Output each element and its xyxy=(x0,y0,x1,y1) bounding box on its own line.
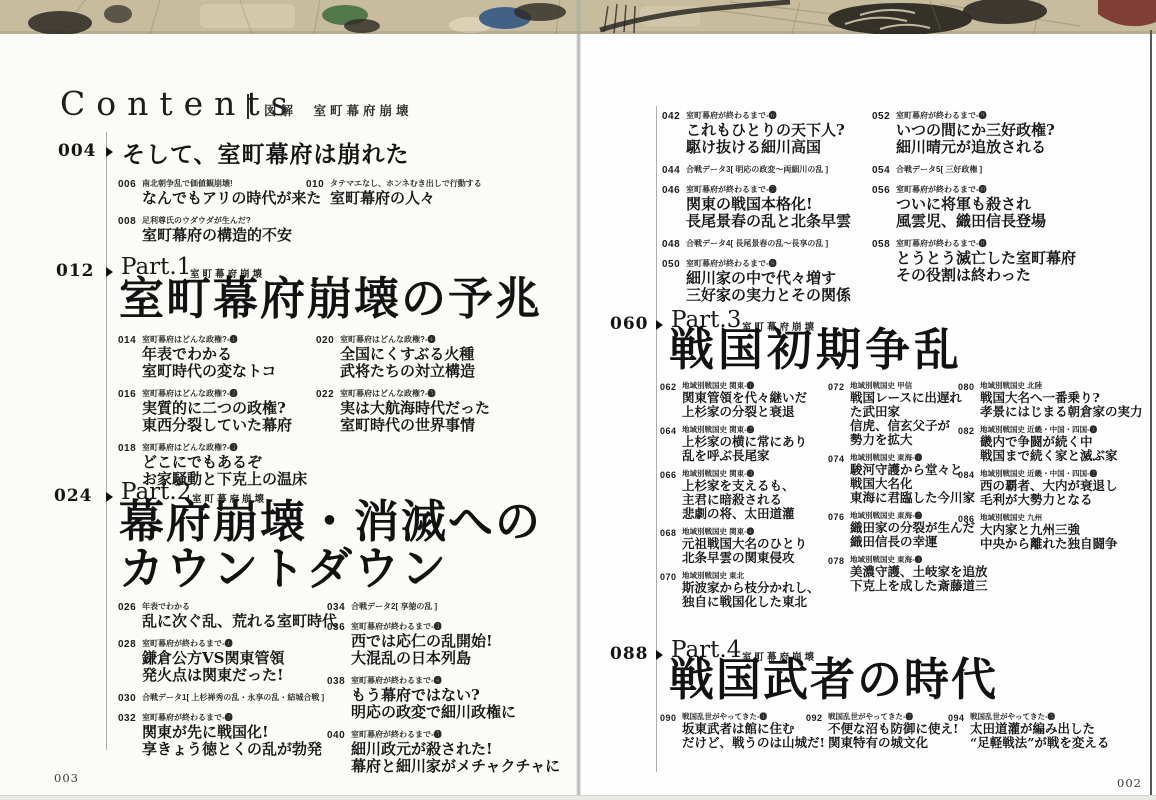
entry-title-line: 細川家の中で代々増す xyxy=(686,270,851,287)
entry-kicker: タテマエなし、ホンネむき出しで行動する xyxy=(330,178,482,189)
entry-title-line: いつの間にか三好政権? xyxy=(896,122,1055,139)
entry-kicker: 地域別戦国史 九州 xyxy=(980,513,1118,522)
entry-text: 室町幕府が終わるまで-❽細川家の中で代々増す三好家の実力とその関係 xyxy=(686,258,851,304)
entry-title-line: 東西分裂していた幕府 xyxy=(142,417,292,434)
entry-title-line: 下克上を成した斎藤道三 xyxy=(850,579,970,593)
entry-text: 室町幕府はどんな政権?-❹全国にくすぶる火種武将たちの対立構造 xyxy=(340,334,475,380)
entry-title-line: 大混乱の日本列島 xyxy=(351,650,493,667)
toc-entry: 082地域別戦国史 近畿・中国・四国-❶畿内で争闘が続く中戦国まで続く家と滅ぶ家 xyxy=(958,425,1150,463)
entry-page-number: 092 xyxy=(806,712,828,750)
entry-kicker: 合戦データ4[ 長尾景春の乱〜長享の乱 ] xyxy=(686,238,828,249)
toc-entry: 034合戦データ2[ 享徳の乱 ] xyxy=(327,601,557,613)
entry-page-number: 056 xyxy=(872,184,896,230)
entry-text: 地域別戦国史 関東-❶関東管領を代々継いだ上杉家の分裂と衰退 xyxy=(682,381,807,419)
entry-kicker: 年表でわかる xyxy=(142,601,333,612)
entry-kicker: 合戦データ2[ 享徳の乱 ] xyxy=(351,601,437,612)
toc-entry: 068地域別戦国史 関東-❹元祖戦国大名のひとり北条早雲の関東侵攻 xyxy=(660,527,820,565)
entry-title-line: 織田信長の幸運 xyxy=(850,535,970,549)
entry-title-line: “足軽戦法”が戦を変える xyxy=(970,736,1109,750)
toc-entry: 032室町幕府が終わるまで-❷関東が先に戦国化!享きょう徳とくの乱が勃発 xyxy=(118,712,333,758)
entry-text: 合戦データ1[ 上杉禅秀の乱・永享の乱・結城合戦 ] xyxy=(142,692,324,704)
intro-section-title: そして、室町幕府は崩れた xyxy=(122,136,410,169)
entry-text: 地域別戦国史 関東-❷上杉家の横に常にあり乱を呼ぶ長尾家 xyxy=(682,425,807,463)
left-page-rule xyxy=(106,132,107,750)
entry-page-number: 032 xyxy=(118,712,142,758)
toc-column: 062地域別戦国史 関東-❶関東管領を代々継いだ上杉家の分裂と衰退064地域別戦… xyxy=(660,381,820,615)
entry-title-line: 関東管領を代々継いだ xyxy=(682,391,807,405)
entry-title-line: これもひとりの天下人? xyxy=(686,122,845,139)
entry-kicker: 地域別戦国史 東海-❶ xyxy=(850,453,970,462)
entry-kicker: 室町幕府はどんな政権?-❸ xyxy=(142,442,307,453)
entry-title-line: 室町幕府の構造的不安 xyxy=(142,227,292,244)
toc-entry: 058室町幕府が終わるまで-⓫とうとう滅亡した室町幕府その役割は終わった xyxy=(872,238,1090,284)
entry-page-number: 064 xyxy=(660,425,682,463)
entry-text: 地域別戦国史 東海-❶駿河守護から堂々と戦国大名化東海に君臨した今川家 xyxy=(850,453,970,505)
entry-page-number: 048 xyxy=(662,238,686,250)
toc-entry: 016室町幕府はどんな政権?-❷実質的に二つの政権?東西分裂していた幕府 xyxy=(118,388,318,434)
entry-kicker: 南北朝争乱で価値観崩壊! xyxy=(142,178,318,189)
entry-title-line: 長尾景春の乱と北条早雲 xyxy=(686,213,851,230)
entry-text: 地域別戦国史 関東-❹元祖戦国大名のひとり北条早雲の関東侵攻 xyxy=(682,527,807,565)
toc-entry: 066地域別戦国史 関東-❸上杉家を支えるも、主君に暗殺される悲劇の将、太田道灌 xyxy=(660,469,820,521)
entry-page-number: 050 xyxy=(662,258,686,304)
entry-kicker: 地域別戦国史 関東-❹ xyxy=(682,527,807,536)
toc-entry: 064地域別戦国史 関東-❷上杉家の横に常にあり乱を呼ぶ長尾家 xyxy=(660,425,820,463)
entry-title-line: 孝景にはじまる朝倉家の実力 xyxy=(980,405,1143,419)
entry-page-number: 016 xyxy=(118,388,142,434)
entry-text: 室町幕府が終わるまで-❺細川政元が殺された!幕府と細川家がメチャクチャに xyxy=(351,729,557,775)
entry-page-number: 072 xyxy=(828,381,850,447)
entry-kicker: 戦国乱世がやってきた-❸ xyxy=(970,712,1109,721)
entry-page-number: 066 xyxy=(660,469,682,521)
entry-title-line: 武将たちの対立構造 xyxy=(340,363,475,380)
entry-title-line: 信虎、信玄父子が xyxy=(850,419,962,433)
entry-text: 室町幕府が終わるまで-❷関東が先に戦国化!享きょう徳とくの乱が勃発 xyxy=(142,712,322,758)
entry-title-line: 実は大航海時代だった xyxy=(340,400,490,417)
entry-marker-icon xyxy=(656,320,663,330)
part3-title: 戦国初期争乱 xyxy=(669,327,963,374)
entry-title-line: 関東特有の城文化 xyxy=(828,736,954,750)
entry-title-line: 大内家と九州三強 xyxy=(980,523,1118,537)
entry-page-number: 014 xyxy=(118,334,142,380)
entry-title-line: 斯波家から枝分かれし、 xyxy=(682,581,820,595)
entry-page-number: 070 xyxy=(660,571,682,609)
entry-page-number: 022 xyxy=(316,388,340,434)
entry-title-line: 美濃守護、土岐家を追放 xyxy=(850,565,970,579)
toc-entry: 062地域別戦国史 関東-❶関東管領を代々継いだ上杉家の分裂と衰退 xyxy=(660,381,820,419)
entry-title-line: 三好家の実力とその関係 xyxy=(686,287,851,304)
entry-kicker: 地域別戦国史 近畿・中国・四国-❶ xyxy=(980,425,1118,434)
entry-page-number: 080 xyxy=(958,381,980,419)
entry-kicker: 地域別戦国史 東北 xyxy=(682,571,820,580)
toc-column: 094戦国乱世がやってきた-❸太田道灌が編み出した“足軽戦法”が戦を変える xyxy=(948,712,1128,756)
entry-page-number: 028 xyxy=(118,638,142,684)
toc-entry: 044合戦データ3[ 明応の政変〜両細川の乱 ] xyxy=(662,164,872,176)
entry-kicker: 戦国乱世がやってきた-❶ xyxy=(682,712,812,721)
entry-title-line: だけど、戦うのは山城だ! xyxy=(682,736,812,750)
toc-entry: 052室町幕府が終わるまで-❾いつの間にか三好政権?細川晴元が追放される xyxy=(872,110,1090,156)
entry-title-line: 全国にくすぶる火種 xyxy=(340,346,475,363)
entry-title-line: 畿内で争闘が続く中 xyxy=(980,435,1118,449)
entry-text: 地域別戦国史 東海-❸美濃守護、土岐家を追放下克上を成した斎藤道三 xyxy=(850,555,970,593)
page-edge-shadow xyxy=(1150,30,1152,800)
entry-title-line: とうとう滅亡した室町幕府 xyxy=(896,250,1076,267)
entry-text: 地域別戦国史 近畿・中国・四国-❶畿内で争闘が続く中戦国まで続く家と滅ぶ家 xyxy=(980,425,1118,463)
entry-title-line: 戦国レースに出遅れ xyxy=(850,391,962,405)
toc-entry: 080地域別戦国史 北陸戦国大名へ一番乗り?孝景にはじまる朝倉家の実力 xyxy=(958,381,1150,419)
entry-text: 室町幕府はどんな政権?-❶年表でわかる室町時代の変なトコ xyxy=(142,334,276,380)
toc-column: 052室町幕府が終わるまで-❾いつの間にか三好政権?細川晴元が追放される054合… xyxy=(872,110,1090,292)
entry-title-line: 織田家の分裂が生んだ xyxy=(850,521,970,535)
page-bottom-edge xyxy=(0,795,1156,800)
right-page-rule xyxy=(656,106,657,772)
entry-kicker: 地域別戦国史 関東-❶ xyxy=(682,381,807,390)
toc-entry: 038室町幕府が終わるまで-❹もう幕府ではない?明応の政変で細川政権に xyxy=(327,675,557,721)
entry-text: 合戦データ5[ 三好政権 ] xyxy=(896,164,982,176)
toc-entry: 042室町幕府が終わるまで-❻これもひとりの天下人?駆け抜ける細川高国 xyxy=(662,110,872,156)
entry-text: 年表でわかる乱に次ぐ乱、荒れる室町時代 xyxy=(142,601,333,630)
entry-page-number: 062 xyxy=(660,381,682,419)
entry-title-line: 発火点は関東だった! xyxy=(142,667,284,684)
entry-title-line: 関東の戦国本格化! xyxy=(686,196,851,213)
entry-kicker: 地域別戦国史 北陸 xyxy=(980,381,1143,390)
entry-title-line: 戦国大名へ一番乗り? xyxy=(980,391,1143,405)
entry-text: 地域別戦国史 近畿・中国・四国-❷西の覇者、大内が衰退し毛利が大勢力となる xyxy=(980,469,1118,507)
entry-kicker: 地域別戦国史 関東-❸ xyxy=(682,469,795,478)
section-page-number: 024 xyxy=(54,486,93,506)
entry-title-line: 太田道灌が編み出した xyxy=(970,722,1109,736)
toc-entry: 040室町幕府が終わるまで-❺細川政元が殺された!幕府と細川家がメチャクチャに xyxy=(327,729,557,775)
toc-entry: 076地域別戦国史 東海-❷織田家の分裂が生んだ織田信長の幸運 xyxy=(828,511,970,549)
toc-entry: 046室町幕府が終わるまで-❼関東の戦国本格化!長尾景春の乱と北条早雲 xyxy=(662,184,872,230)
entry-text: 室町幕府が終わるまで-⓫とうとう滅亡した室町幕府その役割は終わった xyxy=(896,238,1076,284)
toc-column: 006南北朝争乱で価値観崩壊!なんでもアリの時代が来た008足利尊氏のウダウダが… xyxy=(118,178,318,252)
entry-title-line: 乱を呼ぶ長尾家 xyxy=(682,449,807,463)
entry-page-number: 068 xyxy=(660,527,682,565)
folio-right: 002 xyxy=(1117,776,1142,790)
entry-kicker: 合戦データ5[ 三好政権 ] xyxy=(896,164,982,175)
toc-entry: 014室町幕府はどんな政権?-❶年表でわかる室町時代の変なトコ xyxy=(118,334,318,380)
entry-page-number: 086 xyxy=(958,513,980,551)
entry-title-line: 享きょう徳とくの乱が勃発 xyxy=(142,741,322,758)
entry-kicker: 戦国乱世がやってきた-❷ xyxy=(828,712,954,721)
entry-text: 南北朝争乱で価値観崩壊!なんでもアリの時代が来た xyxy=(142,178,318,207)
toc-entry: 078地域別戦国史 東海-❸美濃守護、土岐家を追放下克上を成した斎藤道三 xyxy=(828,555,970,593)
section-page-number: 012 xyxy=(56,261,95,281)
entry-text: タテマエなし、ホンネむき出しで行動する室町幕府の人々 xyxy=(330,178,482,207)
entry-page-number: 018 xyxy=(118,442,142,488)
entry-marker-icon xyxy=(106,267,113,277)
toc-entry: 094戦国乱世がやってきた-❸太田道灌が編み出した“足軽戦法”が戦を変える xyxy=(948,712,1128,750)
entry-page-number: 020 xyxy=(316,334,340,380)
entry-marker-icon xyxy=(656,650,663,660)
header-divider xyxy=(247,94,249,119)
toc-entry: 010タテマエなし、ホンネむき出しで行動する室町幕府の人々 xyxy=(306,178,546,207)
entry-page-number: 026 xyxy=(118,601,142,630)
entry-page-number: 046 xyxy=(662,184,686,230)
entry-title-line: 勢力を拡大 xyxy=(850,433,962,447)
entry-title-line: ついに将軍も殺され xyxy=(896,196,1046,213)
entry-title-line: 上杉家の横に常にあり xyxy=(682,435,807,449)
entry-title-line: 明応の政変で細川政権に xyxy=(351,704,516,721)
section-page-number: 060 xyxy=(610,314,649,334)
entry-title-line: 戦国まで続く家と滅ぶ家 xyxy=(980,449,1118,463)
entry-text: 地域別戦国史 東北斯波家から枝分かれし、独自に戦国化した東北 xyxy=(682,571,820,609)
entry-page-number: 008 xyxy=(118,215,142,244)
entry-page-number: 052 xyxy=(872,110,896,156)
entry-title-line: 鎌倉公方VS関東管領 xyxy=(142,650,284,667)
entry-kicker: 室町幕府が終わるまで-❽ xyxy=(686,258,851,269)
entry-title-line: 幕府と細川家がメチャクチャに xyxy=(351,758,557,775)
toc-entry: 028室町幕府が終わるまで-❶鎌倉公方VS関東管領発火点は関東だった! xyxy=(118,638,333,684)
folio-left: 003 xyxy=(54,771,79,785)
entry-text: 室町幕府が終わるまで-❹もう幕府ではない?明応の政変で細川政権に xyxy=(351,675,516,721)
entry-text: 合戦データ3[ 明応の政変〜両細川の乱 ] xyxy=(686,164,828,176)
entry-title-line: 西では応仁の乱開始! xyxy=(351,633,493,650)
toc-column: 092戦国乱世がやってきた-❷不便な沼も防御に使え!関東特有の城文化 xyxy=(806,712,954,756)
toc-column: 072地域別戦国史 甲信戦国レースに出遅れた武田家信虎、信玄父子が勢力を拡大07… xyxy=(828,381,970,599)
toc-entry: 030合戦データ1[ 上杉禅秀の乱・永享の乱・結城合戦 ] xyxy=(118,692,333,704)
entry-title-line: なんでもアリの時代が来た xyxy=(142,190,318,207)
entry-title-line: 東海に君臨した今川家 xyxy=(850,491,970,505)
toc-entry: 036室町幕府が終わるまで-❸西では応仁の乱開始!大混乱の日本列島 xyxy=(327,621,557,667)
entry-kicker: 地域別戦国史 関東-❷ xyxy=(682,425,807,434)
entry-title-line: 坂東武者は館に住む xyxy=(682,722,812,736)
entry-text: 室町幕府はどんな政権?-❺実は大航海時代だった室町時代の世界事情 xyxy=(340,388,490,434)
entry-page-number: 084 xyxy=(958,469,980,507)
entry-page-number: 036 xyxy=(327,621,351,667)
entry-text: 地域別戦国史 関東-❸上杉家を支えるも、主君に暗殺される悲劇の将、太田道灌 xyxy=(682,469,795,521)
entry-text: 地域別戦国史 甲信戦国レースに出遅れた武田家信虎、信玄父子が勢力を拡大 xyxy=(850,381,962,447)
entry-text: 地域別戦国史 北陸戦国大名へ一番乗り?孝景にはじまる朝倉家の実力 xyxy=(980,381,1143,419)
entry-page-number: 044 xyxy=(662,164,686,176)
entry-kicker: 室町幕府はどんな政権?-❺ xyxy=(340,388,490,399)
entry-text: 室町幕府はどんな政権?-❷実質的に二つの政権?東西分裂していた幕府 xyxy=(142,388,292,434)
entry-page-number: 040 xyxy=(327,729,351,775)
entry-title-line: 主君に暗殺される xyxy=(682,493,795,507)
entry-page-number: 082 xyxy=(958,425,980,463)
entry-page-number: 078 xyxy=(828,555,850,593)
entry-kicker: 室町幕府はどんな政権?-❷ xyxy=(142,388,292,399)
entry-title-line: 毛利が大勢力となる xyxy=(980,493,1118,507)
entry-title-line: お家騒動と下克上の温床 xyxy=(142,471,307,488)
entry-kicker: 室町幕府が終わるまで-❷ xyxy=(142,712,322,723)
entry-page-number: 042 xyxy=(662,110,686,156)
entry-text: 室町幕府はどんな政権?-❸どこにでもあるぞお家騒動と下克上の温床 xyxy=(142,442,307,488)
entry-title-line: 駿河守護から堂々と xyxy=(850,463,970,477)
entry-text: 地域別戦国史 九州大内家と九州三強中央から離れた独自闘争 xyxy=(980,513,1118,551)
toc-entry: 090戦国乱世がやってきた-❶坂東武者は館に住むだけど、戦うのは山城だ! xyxy=(660,712,812,750)
entry-title-line: 実質的に二つの政権? xyxy=(142,400,292,417)
entry-kicker: 地域別戦国史 近畿・中国・四国-❷ xyxy=(980,469,1118,478)
entry-text: 戦国乱世がやってきた-❸太田道灌が編み出した“足軽戦法”が戦を変える xyxy=(970,712,1109,750)
book-title: 図解 室町幕府崩壊 xyxy=(264,101,413,119)
toc-entry: 008足利尊氏のウダウダが生んだ?室町幕府の構造的不安 xyxy=(118,215,318,244)
entry-title-line: 独自に戦国化した東北 xyxy=(682,595,820,609)
toc-entry: 086地域別戦国史 九州大内家と九州三強中央から離れた独自闘争 xyxy=(958,513,1150,551)
entry-kicker: 室町幕府が終わるまで-❾ xyxy=(896,110,1055,121)
entry-kicker: 室町幕府が終わるまで-❻ xyxy=(686,110,845,121)
toc-entry: 084地域別戦国史 近畿・中国・四国-❷西の覇者、大内が衰退し毛利が大勢力となる xyxy=(958,469,1150,507)
entry-marker-icon xyxy=(106,492,113,502)
toc-entry: 048合戦データ4[ 長尾景春の乱〜長享の乱 ] xyxy=(662,238,872,250)
toc-column: 026年表でわかる乱に次ぐ乱、荒れる室町時代028室町幕府が終わるまで-❶鎌倉公… xyxy=(118,601,333,766)
section-page-number: 088 xyxy=(610,644,649,664)
entry-title-line: その役割は終わった xyxy=(896,267,1076,284)
entry-marker-icon xyxy=(106,147,113,157)
entry-page-number: 010 xyxy=(306,178,330,207)
book-gutter xyxy=(576,0,581,800)
entry-kicker: 室町幕府が終わるまで-❶ xyxy=(142,638,284,649)
toc-column: 014室町幕府はどんな政権?-❶年表でわかる室町時代の変なトコ016室町幕府はど… xyxy=(118,334,318,496)
entry-text: 合戦データ2[ 享徳の乱 ] xyxy=(351,601,437,613)
entry-kicker: 室町幕府が終わるまで-❼ xyxy=(686,184,851,195)
entry-text: 室町幕府が終わるまで-❼関東の戦国本格化!長尾景春の乱と北条早雲 xyxy=(686,184,851,230)
entry-title-line: 乱に次ぐ乱、荒れる室町時代 xyxy=(142,613,333,630)
toc-entry: 070地域別戦国史 東北斯波家から枝分かれし、独自に戦国化した東北 xyxy=(660,571,820,609)
part2-title-line1: 幕府崩壊・消滅への xyxy=(119,499,542,546)
entry-title-line: 細川政元が殺された! xyxy=(351,741,557,758)
entry-title-line: 元祖戦国大名のひとり xyxy=(682,537,807,551)
entry-text: 合戦データ4[ 長尾景春の乱〜長享の乱 ] xyxy=(686,238,828,250)
toc-entry: 006南北朝争乱で価値観崩壊!なんでもアリの時代が来た xyxy=(118,178,318,207)
entry-text: 地域別戦国史 東海-❷織田家の分裂が生んだ織田信長の幸運 xyxy=(850,511,970,549)
entry-kicker: 合戦データ3[ 明応の政変〜両細川の乱 ] xyxy=(686,164,828,175)
entry-text: 室町幕府が終わるまで-❻これもひとりの天下人?駆け抜ける細川高国 xyxy=(686,110,845,156)
toc-column: 020室町幕府はどんな政権?-❹全国にくすぶる火種武将たちの対立構造022室町幕… xyxy=(316,334,541,442)
toc-entry: 020室町幕府はどんな政権?-❹全国にくすぶる火種武将たちの対立構造 xyxy=(316,334,541,380)
entry-page-number: 006 xyxy=(118,178,142,207)
entry-title-line: どこにでもあるぞ xyxy=(142,454,307,471)
toc-column: 090戦国乱世がやってきた-❶坂東武者は館に住むだけど、戦うのは山城だ! xyxy=(660,712,812,756)
part2-title-line2: カウントダウン xyxy=(119,546,448,593)
entry-title-line: 室町時代の世界事情 xyxy=(340,417,490,434)
entry-page-number: 058 xyxy=(872,238,896,284)
toc-entry: 072地域別戦国史 甲信戦国レースに出遅れた武田家信虎、信玄父子が勢力を拡大 xyxy=(828,381,970,447)
entry-title-line: 上杉家の分裂と衰退 xyxy=(682,405,807,419)
part1-title: 室町幕府崩壊の予兆 xyxy=(119,276,542,323)
toc-column: 080地域別戦国史 北陸戦国大名へ一番乗り?孝景にはじまる朝倉家の実力082地域… xyxy=(958,381,1150,557)
contents-title: Contents xyxy=(60,84,299,123)
entry-text: 室町幕府が終わるまで-❸西では応仁の乱開始!大混乱の日本列島 xyxy=(351,621,493,667)
entry-title-line: 風雲児、織田信長登場 xyxy=(896,213,1046,230)
entry-text: 足利尊氏のウダウダが生んだ?室町幕府の構造的不安 xyxy=(142,215,292,244)
entry-title-line: 悲劇の将、太田道灌 xyxy=(682,507,795,521)
entry-page-number: 054 xyxy=(872,164,896,176)
entry-title-line: 細川晴元が追放される xyxy=(896,139,1055,156)
toc-entry: 018室町幕府はどんな政権?-❸どこにでもあるぞお家騒動と下克上の温床 xyxy=(118,442,318,488)
entry-title-line: 戦国大名化 xyxy=(850,477,970,491)
entry-text: 戦国乱世がやってきた-❷不便な沼も防御に使え!関東特有の城文化 xyxy=(828,712,954,750)
entry-title-line: 北条早雲の関東侵攻 xyxy=(682,551,807,565)
entry-kicker: 足利尊氏のウダウダが生んだ? xyxy=(142,215,292,226)
toc-entry: 056室町幕府が終わるまで-❿ついに将軍も殺され風雲児、織田信長登場 xyxy=(872,184,1090,230)
entry-kicker: 地域別戦国史 東海-❸ xyxy=(850,555,970,564)
toc-column: 010タテマエなし、ホンネむき出しで行動する室町幕府の人々 xyxy=(306,178,546,215)
entry-kicker: 室町幕府が終わるまで-❹ xyxy=(351,675,516,686)
entry-title-line: もう幕府ではない? xyxy=(351,687,516,704)
entry-title-line: 上杉家を支えるも、 xyxy=(682,479,795,493)
entry-kicker: 合戦データ1[ 上杉禅秀の乱・永享の乱・結城合戦 ] xyxy=(142,692,324,703)
part4-title: 戦国武者の時代 xyxy=(669,657,998,704)
toc-entry: 022室町幕府はどんな政権?-❺実は大航海時代だった室町時代の世界事情 xyxy=(316,388,541,434)
entry-text: 室町幕府が終わるまで-❶鎌倉公方VS関東管領発火点は関東だった! xyxy=(142,638,284,684)
entry-kicker: 地域別戦国史 東海-❷ xyxy=(850,511,970,520)
entry-title-line: 駆け抜ける細川高国 xyxy=(686,139,845,156)
entry-page-number: 030 xyxy=(118,692,142,704)
entry-title-line: 関東が先に戦国化! xyxy=(142,724,322,741)
entry-kicker: 室町幕府が終わるまで-❿ xyxy=(896,184,1046,195)
entry-title-line: た武田家 xyxy=(850,405,962,419)
entry-text: 戦国乱世がやってきた-❶坂東武者は館に住むだけど、戦うのは山城だ! xyxy=(682,712,812,750)
entry-title-line: 不便な沼も防御に使え! xyxy=(828,722,954,736)
entry-text: 室町幕府が終わるまで-❾いつの間にか三好政権?細川晴元が追放される xyxy=(896,110,1055,156)
entry-kicker: 地域別戦国史 甲信 xyxy=(850,381,962,390)
entry-title-line: 年表でわかる xyxy=(142,346,276,363)
entry-page-number: 038 xyxy=(327,675,351,721)
toc-column: 034合戦データ2[ 享徳の乱 ]036室町幕府が終わるまで-❸西では応仁の乱開… xyxy=(327,601,557,783)
toc-entry: 074地域別戦国史 東海-❶駿河守護から堂々と戦国大名化東海に君臨した今川家 xyxy=(828,453,970,505)
entry-page-number: 034 xyxy=(327,601,351,613)
entry-kicker: 室町幕府が終わるまで-❸ xyxy=(351,621,493,632)
entry-page-number: 090 xyxy=(660,712,682,750)
entry-page-number: 094 xyxy=(948,712,970,750)
entry-title-line: 室町時代の変なトコ xyxy=(142,363,276,380)
toc-entry: 092戦国乱世がやってきた-❷不便な沼も防御に使え!関東特有の城文化 xyxy=(806,712,954,750)
entry-title-line: 中央から離れた独自闘争 xyxy=(980,537,1118,551)
entry-title-line: 西の覇者、大内が衰退し xyxy=(980,479,1118,493)
toc-entry: 026年表でわかる乱に次ぐ乱、荒れる室町時代 xyxy=(118,601,333,630)
toc-entry: 050室町幕府が終わるまで-❽細川家の中で代々増す三好家の実力とその関係 xyxy=(662,258,872,304)
toc-column: 042室町幕府が終わるまで-❻これもひとりの天下人?駆け抜ける細川高国044合戦… xyxy=(662,110,872,312)
toc-entry: 054合戦データ5[ 三好政権 ] xyxy=(872,164,1090,176)
entry-title-line: 室町幕府の人々 xyxy=(330,190,482,207)
entry-page-number: 074 xyxy=(828,453,850,505)
entry-kicker: 室町幕府が終わるまで-⓫ xyxy=(896,238,1076,249)
entry-page-number: 076 xyxy=(828,511,850,549)
entry-text: 室町幕府が終わるまで-❿ついに将軍も殺され風雲児、織田信長登場 xyxy=(896,184,1046,230)
section-page-number: 004 xyxy=(58,141,97,161)
entry-kicker: 室町幕府はどんな政権?-❹ xyxy=(340,334,475,345)
entry-kicker: 室町幕府が終わるまで-❺ xyxy=(351,729,557,740)
entry-kicker: 室町幕府はどんな政権?-❶ xyxy=(142,334,276,345)
